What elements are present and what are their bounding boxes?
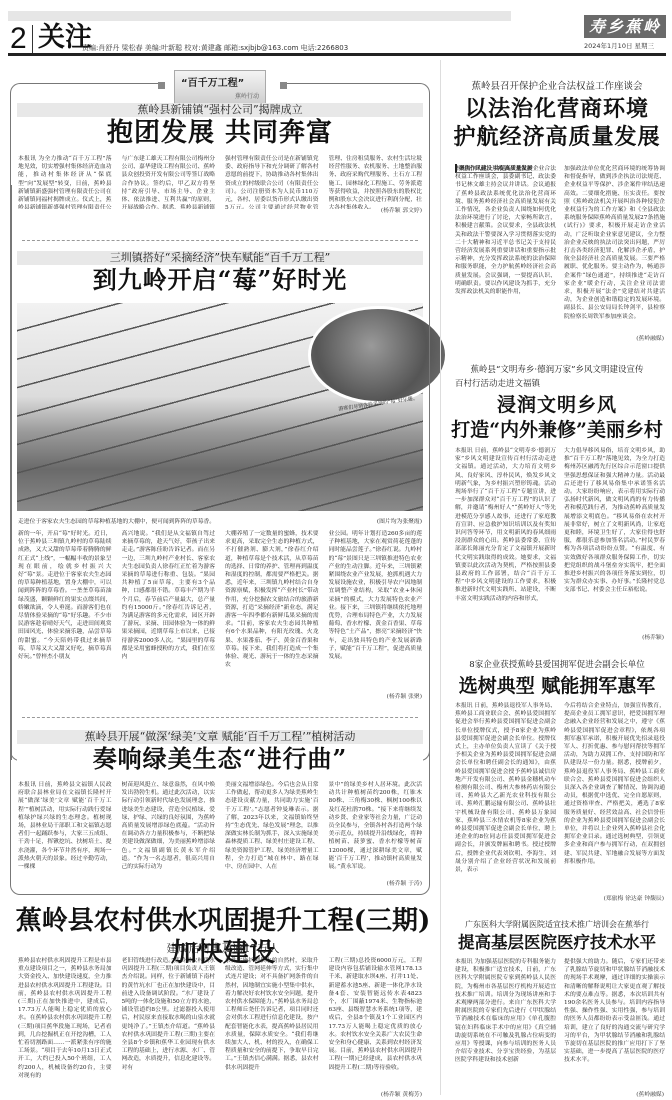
right2-kicker-line1: 蕉岭县“文明寿乡·德润万家”乡风文明建设宣传: [446, 364, 668, 377]
right2-headline-line2: 打造“内外兼修”美丽乡村: [446, 418, 668, 442]
article4-byline: (杨乔颖 黄梅芳): [330, 1089, 422, 1098]
article4-subhead: 建成后可惠及逾17万人: [8, 940, 438, 956]
right3-headline: 选树典型 赋能拥军惠军: [446, 674, 668, 698]
header-divider: [32, 25, 33, 55]
right4-byline: (蕉岭融媒): [610, 1089, 664, 1098]
right1-headline-line1: 以法治化营商环境: [446, 96, 668, 122]
right2-col-1: 本报讯 日前，蕉岭县“文明寿乡·德润万家”乡风文明建设宣传百村行活动走进文福镇。…: [455, 447, 556, 633]
badge-title: “百千万工程”: [181, 74, 244, 89]
right4-col-2: 提供强大的助力。随后，专家们还带来了乳腺结节旋切和甲状腺结节消融技术的现场手术观…: [564, 958, 665, 1093]
article4-col-2: 老旧管线进行改造。”蕉岭县农村供水巩固提升工程(三期)项目负责人王镇杰介绍说。同…: [122, 957, 216, 1095]
separator-2: [22, 717, 418, 718]
article2-body: 新的一年，开启“莓”好时光。近日，位于蕉岭县三圳镇九岭村的草莓陆续成熟，又大又甜…: [18, 530, 422, 692]
badge-subtitle: 蕉岭行动: [235, 91, 259, 100]
article3-col-1: 本报讯 日前，蕉岭县文福镇人民政府联合县林业局在文福镇长隆村开展“做深‘绿美’文…: [18, 781, 112, 877]
right2-col-2: 大力倡导移风易俗，培育文明乡风，助推“百千万工程”落地见效，为全力打造梅州苏区融…: [564, 447, 665, 633]
page-number: 2: [10, 22, 27, 56]
right3-col-1: 本报讯 日前，蕉岭县退役军人事务局、蕉岭县工商业联合会、蕉岭县爱国拥军促进会举行…: [455, 702, 556, 896]
feature-box-right-edge: [429, 185, 431, 750]
right4-kicker: 广东医科大学附属医院适宜技术推广培训会在蕉举行: [446, 918, 668, 931]
right3-kicker: 8家企业获授蕉岭县爱国拥军促进会副会长单位: [446, 659, 668, 672]
right4-col-1: 本报讯 为加强基层医院的专科服务能力建设，积极推广适宜技术，日前，广东医科大学附…: [455, 958, 556, 1093]
right2-headline-line1: 浸润文明乡风: [446, 393, 668, 417]
article4-body: 蕉岭县农村供水巩固提升工程是市县重点建设项目之一，蕉岭县水务局加大资金投入、加快…: [18, 957, 422, 1095]
article1-col-2: 与广东建工雄天工程有限公司梅州分公司、嘉华建设工程有限公司、蕉岭县众创投资开发有…: [122, 155, 216, 209]
article3-col-3: 美丽文福增添绿色。今后也会从日常工作做起，帮动更多人为绿美蕉岭生态建设贡献力量，…: [225, 781, 319, 877]
right3-body: 本报讯 日前，蕉岭县退役军人事务局、蕉岭县工商业联合会、蕉岭县爱国拥军促进会举行…: [455, 702, 665, 896]
right1-col-1: 本报讯 日前，蕉岭县召开保护企业合法权益工作座谈会，县委副书记、政法委书记林文雄…: [455, 165, 556, 339]
newspaper-logo: 寿乡蕉岭: [584, 15, 666, 38]
article1-col-1: 本报讯 为全力推动“百千万工程”落地见效，切实增强村集体经济造血功能，推动村集体…: [18, 155, 112, 209]
article2-col-4: 业公园。明年计划打造260多亩的莲子种植基地，大家在观赏荷花莲蓬的同时能品尝莲子…: [329, 530, 423, 692]
issue-date: 2024年1月10日 星期三: [584, 41, 654, 50]
photo-caption: 走进位于客家农夫生态园的草莓种植基地的大棚中，便可闻到阵阵的草莓香。: [18, 516, 215, 525]
right1-body: 本报讯 日前，蕉岭县召开保护企业合法权益工作座谈会，县委副书记、政法委书记林文雄…: [455, 165, 665, 339]
article2-col-3: 大棚养殖了一定数量的蜜蜂，技术要求更高，采取完全生态的种植方式，不打催熟剂、膨大…: [225, 530, 319, 692]
article3-col-2: 树苗迎风挺立、绿意盎然，在风中焕发出勃勃生机。通过此次活动，以实际行动引领新时代…: [122, 781, 216, 877]
photo-credit: (图片均为张聚霞): [360, 516, 422, 525]
inset-photo-family-picking: [308, 306, 448, 404]
article4-col-3: 条件实施扩网供水的自然村，采取升级改造、管网延伸等方式，实行集中式连片建设；对不…: [225, 957, 319, 1095]
article2-byline: (杨乔颖 张聚): [330, 691, 422, 700]
editor-credits: 责编:肖舒丹 梁松春 美编:叶新聪 校对:黄建鑫 邮箱:sxjbjb@163.c…: [82, 43, 348, 53]
article3-kicker: 蕉岭县开展“做深‘绿美’文章 赋能‘百千万工程’”植树活动: [17, 730, 423, 744]
article3-headline: 奏响绿美生态“进行曲”: [17, 745, 423, 773]
right1-col-2: 加强政法单位优化营商环境的统筹协调和督促指导，做到涉企执法司法规范、企业权益平等…: [564, 165, 665, 339]
right1-headline-line2: 护航经济高质量发展: [446, 124, 668, 150]
header-rule: [8, 53, 666, 56]
article1-headline: 抱团发展 共同奔富: [17, 118, 423, 148]
article1-body: 本报讯 为全力推动“百千万工程”落地见效，切实增强村集体经济造血功能，推动村集体…: [18, 155, 422, 209]
article4-col-1: 蕉岭县农村供水巩固提升工程是市县重点建设项目之一，蕉岭县水务局加大资金投入、加快…: [18, 957, 112, 1095]
right2-body: 本报讯 日前，蕉岭县“文明寿乡·德润万家”乡风文明建设宣传百村行活动走进文福镇。…: [455, 447, 665, 633]
article2-kicker: 三圳镇搭好“采摘经济”快车赋能“百千万工程”: [17, 251, 423, 265]
article4-col-4: 工程(三期)总投资6000万元，工程建设内容包括铺设输水管网178.13千米、新…: [329, 957, 423, 1095]
badge-square-left: [158, 82, 165, 89]
article3-col-4: 景中”的绿美乡村人居环境。此次活动共计种植树苗约200株，红锥木80株、三角梅3…: [329, 781, 423, 877]
article2-col-2: 高兴地说。“我们是从文福镇自驾过来摘草莓的，趁天气好，带孩子出来走走。”游客陈佳…: [122, 530, 216, 692]
program-badge: “百千万工程” 蕉岭行动: [174, 70, 266, 104]
column-divider: [440, 60, 441, 1095]
article3-body: 本报讯 日前，蕉岭县文福镇人民政府联合县林业局在文福镇长隆村开展“做深‘绿美’文…: [18, 781, 422, 877]
article2-col-1: 新的一年，开启“莓”好时光。近日，位于蕉岭县三圳镇九岭村的草莓陆续成熟，又大又甜…: [18, 530, 112, 692]
right4-headline: 提高基层医院医疗技术水平: [446, 932, 668, 954]
right4-body: 本报讯 为加强基层医院的专科服务能力建设，积极推广适宜技术，日前，广东医科大学附…: [455, 958, 665, 1093]
article1-byline: (杨乔颖 郭文婷): [330, 205, 422, 214]
right1-byline: (蕉岭融媒): [600, 333, 664, 342]
right2-kicker-line2: 百村行活动走进文福镇: [455, 378, 665, 391]
separator-1: [22, 240, 418, 241]
feature-box-left-edge: [10, 185, 12, 750]
article1-col-3: 强村管理有限责任公司是在新铺镇党委、政府指导下和充分调研了解各村意愿的前提下，协…: [225, 155, 319, 209]
badge-square-right: [280, 82, 287, 89]
right3-col-2: 今后将结合企业特点，加强宣传教育，提高企业员工拥军意识，把爱国拥军理念融入企业经…: [564, 702, 665, 896]
article1-col-4: 管理、住房租赁服务、农村生活垃圾经营性服务、农机服务、土地整治服务、政府采购代理…: [329, 155, 423, 209]
right3-byline: (郑旅梅 徐达豪 钟馥辰): [560, 893, 664, 902]
right2-byline: (杨乔颖): [610, 632, 664, 641]
article1-kicker: 蕉岭县新铺镇“强村公司”揭牌成立: [17, 103, 423, 117]
article3-byline: (杨乔颖 于涛): [330, 878, 422, 887]
article2-headline: 到九岭开启“莓”好时光: [17, 266, 423, 294]
right1-kicker: 蕉岭县召开保护企业合法权益工作座谈会: [446, 80, 668, 93]
